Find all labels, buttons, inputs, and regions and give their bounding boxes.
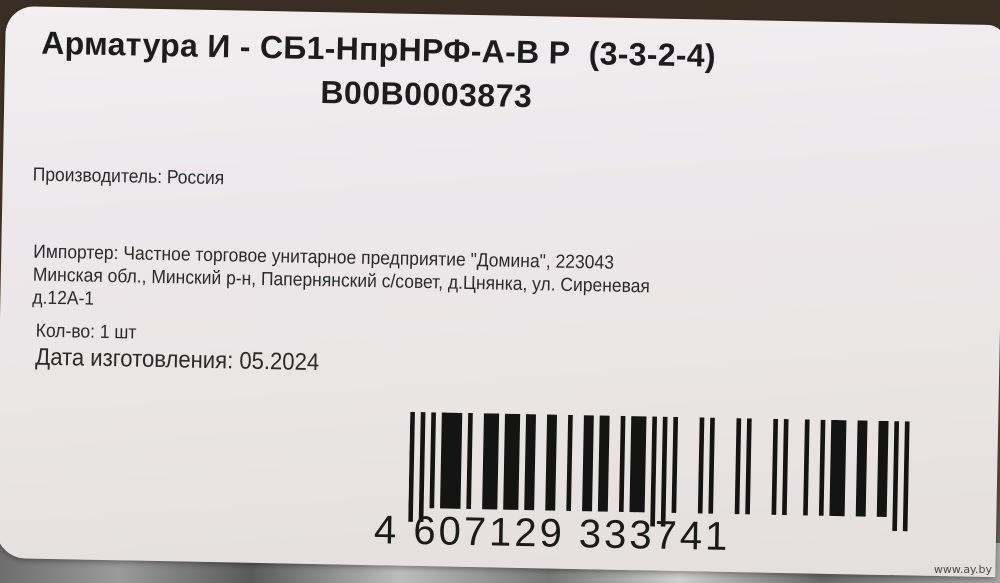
watermark: www.ay.by — [934, 563, 992, 576]
manufacture-date-line: Дата изготовления: 05.2024 — [35, 344, 319, 377]
product-label: Арматура И - СБ1-НпрНРФ-А-В Р (3-3-2-4) … — [0, 6, 1000, 577]
importer-line-3: д.12А-1 — [32, 288, 94, 311]
product-title: Арматура И - СБ1-НпрНРФ-А-В Р (3-3-2-4) — [41, 25, 716, 75]
article-code: В00В0003873 — [320, 74, 533, 115]
quantity-line: Кол-во: 1 шт — [36, 321, 137, 345]
manufacturer-line: Производитель: Россия — [33, 165, 225, 191]
photo-scene: Арматура И - СБ1-НпрНРФ-А-В Р (3-3-2-4) … — [0, 0, 1000, 583]
barcode-digits: 4 607129 333741 — [374, 508, 731, 560]
